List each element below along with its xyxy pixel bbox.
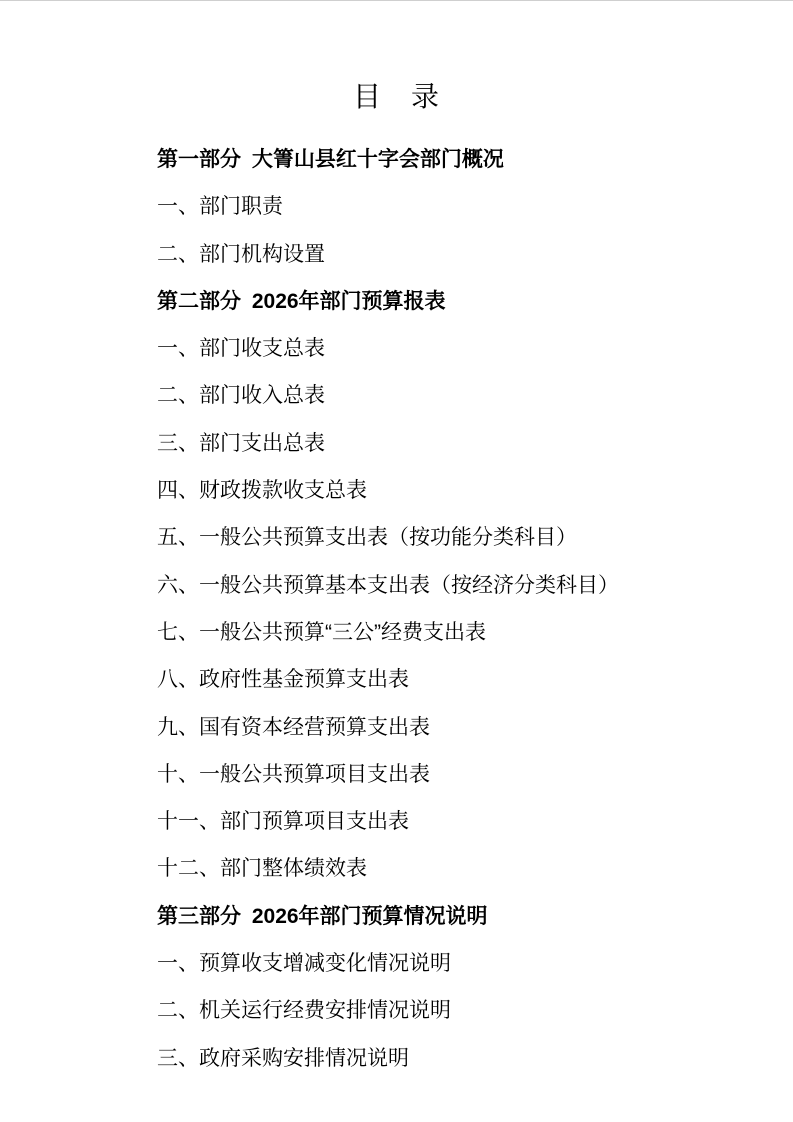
toc-item: 五、一般公共预算支出表（按功能分类科目） <box>0 514 793 561</box>
toc-item: 四、财政拨款收支总表 <box>0 467 793 514</box>
toc-item: 十二、部门整体绩效表 <box>0 845 793 892</box>
toc-title: 目 录 <box>0 0 793 112</box>
document-page: 目 录 第一部分 大箐山县红十字会部门概况 一、部门职责 二、部门机构设置 第二… <box>0 0 793 1122</box>
toc-item: 九、国有资本经营预算支出表 <box>0 704 793 751</box>
toc-section-heading-1: 第一部分 大箐山县红十字会部门概况 <box>0 136 793 183</box>
toc-item: 二、部门收入总表 <box>0 372 793 419</box>
page-top-edge-divider <box>0 0 793 1</box>
toc-item: 三、政府采购安排情况说明 <box>0 1035 793 1082</box>
toc-list: 第一部分 大箐山县红十字会部门概况 一、部门职责 二、部门机构设置 第二部分 2… <box>0 136 793 1082</box>
toc-item: 十、一般公共预算项目支出表 <box>0 751 793 798</box>
toc-section-heading-3: 第三部分 2026年部门预算情况说明 <box>0 893 793 940</box>
toc-item: 一、部门收支总表 <box>0 325 793 372</box>
toc-item: 一、预算收支增减变化情况说明 <box>0 940 793 987</box>
toc-item: 一、部门职责 <box>0 183 793 230</box>
toc-item: 十一、部门预算项目支出表 <box>0 798 793 845</box>
toc-section-heading-2: 第二部分 2026年部门预算报表 <box>0 278 793 325</box>
toc-item: 二、部门机构设置 <box>0 231 793 278</box>
toc-item: 六、一般公共预算基本支出表（按经济分类科目） <box>0 562 793 609</box>
toc-item: 七、一般公共预算“三公”经费支出表 <box>0 609 793 656</box>
toc-item: 二、机关运行经费安排情况说明 <box>0 987 793 1034</box>
toc-item: 八、政府性基金预算支出表 <box>0 656 793 703</box>
toc-item: 三、部门支出总表 <box>0 420 793 467</box>
